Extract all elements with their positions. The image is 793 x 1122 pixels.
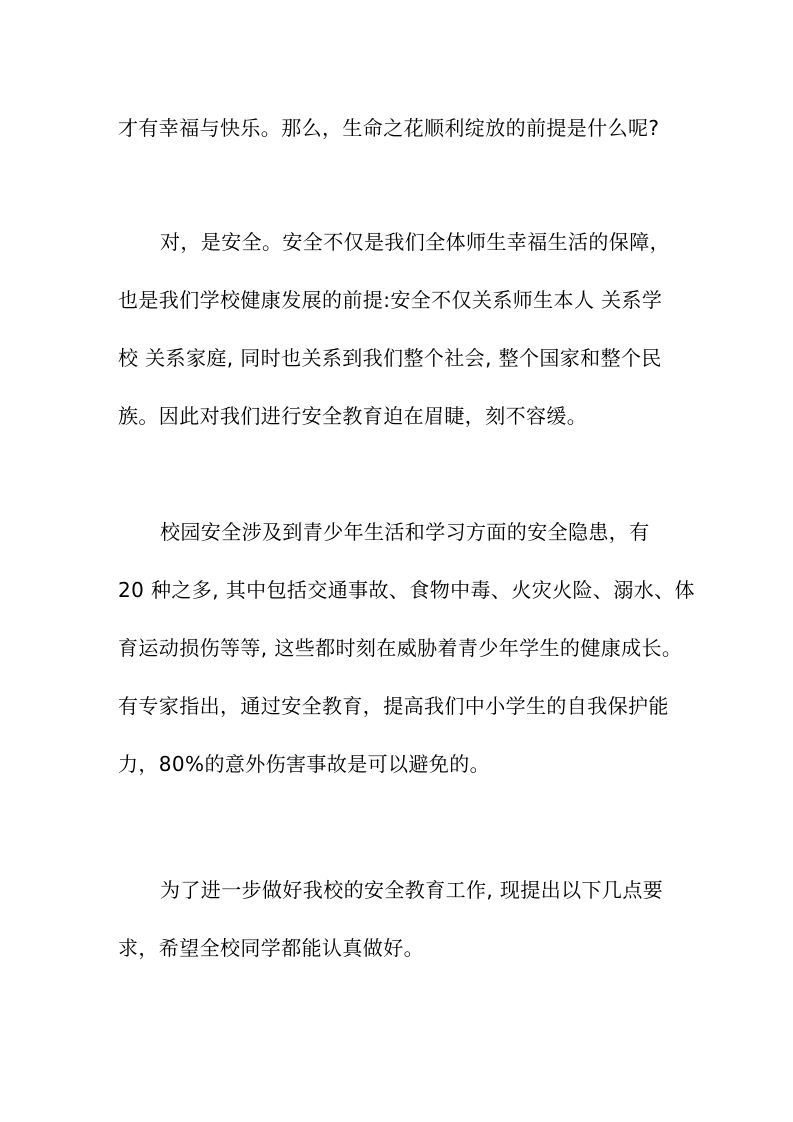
paragraph-3-line-3: 育运动损伤等等, 这些都时刻在威胁着青少年学生的健康成长。 xyxy=(118,634,682,662)
paragraph-2-line-1: 对，是安全。安全不仅是我们全体师生幸福生活的保障， xyxy=(160,228,670,256)
paragraph-3-line-1: 校园安全涉及到青少年生活和学习方面的安全隐患，有 xyxy=(160,518,650,546)
document-page: 才有幸福与快乐。那么，生命之花顺利绽放的前提是什么呢? 对，是安全。安全不仅是我… xyxy=(0,0,793,1122)
paragraph-3-line-4: 有专家指出，通过安全教育，提高我们中小学生的自我保护能 xyxy=(118,692,669,720)
paragraph-4-line-2: 求，希望全校同学都能认真做好。 xyxy=(118,934,424,962)
paragraph-3-line-5: 力，80%的意外伤害事故是可以避免的。 xyxy=(118,750,490,778)
paragraph-1-line-1: 才有幸福与快乐。那么，生命之花顺利绽放的前提是什么呢? xyxy=(118,114,659,142)
paragraph-3-line-2: 20 种之多, 其中包括交通事故、食物中毒、火灾火险、溺水、体 xyxy=(118,576,695,604)
paragraph-2-line-4: 族。因此对我们进行安全教育迫在眉睫，刻不容缓。 xyxy=(118,402,587,430)
paragraph-2-line-2: 也是我们学校健康发展的前提:安全不仅关系师生本人 关系学 xyxy=(118,286,662,314)
paragraph-4-line-1: 为了进一步做好我校的安全教育工作, 现提出以下几点要 xyxy=(160,876,663,904)
paragraph-2-line-3: 校 关系家庭, 同时也关系到我们整个社会, 整个国家和整个民 xyxy=(118,344,662,372)
